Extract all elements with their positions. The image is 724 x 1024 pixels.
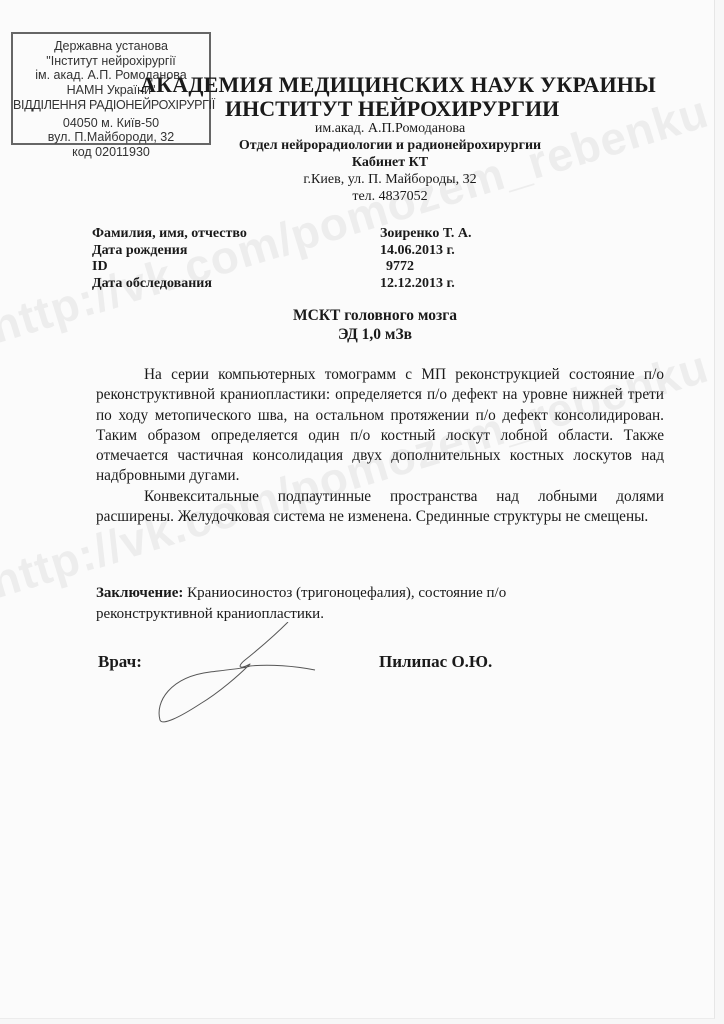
cabinet-name: Кабинет КТ <box>300 155 480 171</box>
patient-row-id: ID 9772 <box>92 259 572 276</box>
findings-paragraph: Конвекситальные подпаутинные пространств… <box>96 487 664 528</box>
exam-title-block: МСКТ головного мозга ЭД 1,0 мЗв <box>250 306 500 344</box>
field-label: Дата обследования <box>92 276 212 293</box>
field-value: 9772 <box>386 259 414 276</box>
patient-info: Фамилия, имя, отчество Зоиренко Т. А. Да… <box>92 226 572 292</box>
field-label: Дата рождения <box>92 243 187 260</box>
institute-title: ИНСТИТУТ НЕЙРОХИРУРГИИ <box>225 96 555 122</box>
field-label: Фамилия, имя, отчество <box>92 226 247 243</box>
patient-row-exam-date: Дата обследования 12.12.2013 г. <box>92 276 572 293</box>
department-name: Отдел нейрорадиологии и радионейрохирург… <box>210 138 570 154</box>
named-after: им.акад. А.П.Ромоданова <box>250 121 530 137</box>
doctor-name: Пилипас О.Ю. <box>379 652 492 672</box>
patient-row-name: Фамилия, имя, отчество Зоиренко Т. А. <box>92 226 572 243</box>
conclusion: Заключение: Краниосиностоз (тригоноцефал… <box>96 583 596 625</box>
findings-paragraph: На серии компьютерных томограмм с МП рек… <box>96 365 664 487</box>
findings: На серии компьютерных томограмм с МП рек… <box>96 365 664 527</box>
field-value: 14.06.2013 г. <box>380 243 455 260</box>
stamp-address: вул. П.Майбороди, 32 <box>13 130 209 145</box>
field-value: 12.12.2013 г. <box>380 276 455 293</box>
address: г.Киев, ул. П. Майбороды, 32 <box>270 172 510 188</box>
stamp-department: ВІДДІЛЕННЯ РАДІОНЕЙРОХІРУРГІЇ <box>13 98 209 113</box>
field-value: Зоиренко Т. А. <box>380 226 471 243</box>
field-label: ID <box>92 259 108 276</box>
stamp-line: Державна установа <box>13 39 209 54</box>
exam-title: МСКТ головного мозга <box>250 306 500 325</box>
conclusion-label: Заключение: <box>96 585 183 601</box>
stamp-address: 04050 м. Київ-50 <box>13 116 209 131</box>
signature-scrawl-icon <box>140 622 340 732</box>
stamp-code: код 02011930 <box>13 145 209 160</box>
patient-row-birthdate: Дата рождения 14.06.2013 г. <box>92 243 572 260</box>
stamp-line: "Інститут нейрохірургії <box>13 54 209 69</box>
document-page: http://vk.com/pomozem_rebenku http://vk.… <box>0 0 715 1019</box>
exam-dose: ЭД 1,0 мЗв <box>250 325 500 344</box>
phone: тел. 4837052 <box>320 189 460 205</box>
doctor-label: Врач: <box>98 652 142 672</box>
academy-title: АКАДЕМИЯ МЕДИЦИНСКИХ НАУК УКРАИНЫ <box>140 72 624 98</box>
